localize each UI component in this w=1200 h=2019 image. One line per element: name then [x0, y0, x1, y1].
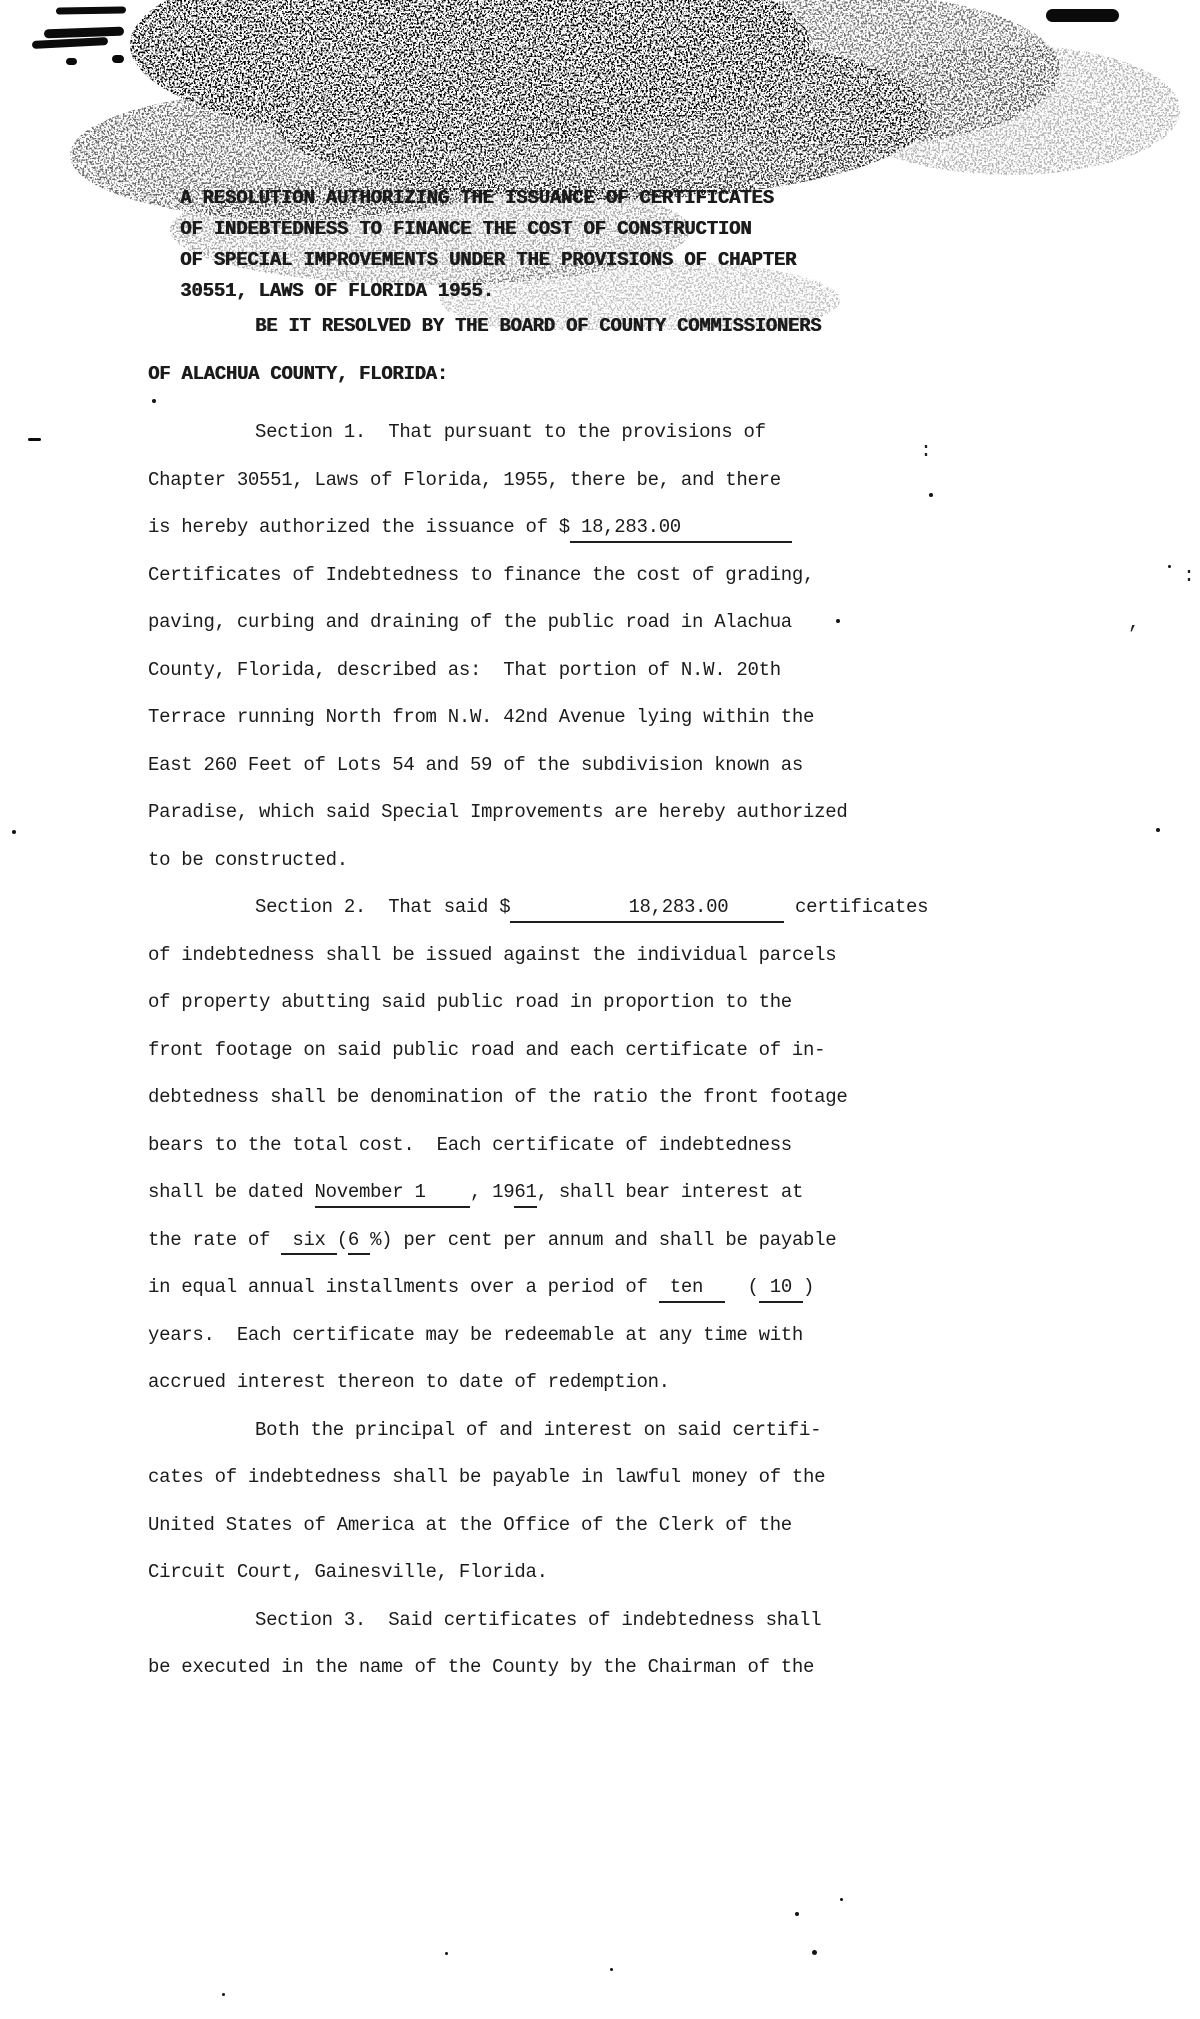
resolution-body: BE IT RESOLVED BY THE BOARD OF COUNTY CO…: [148, 303, 928, 1692]
ink-speck: [1168, 565, 1171, 568]
text-segment: , 19: [470, 1181, 514, 1203]
fill-in-blank: 18,283.00: [510, 897, 784, 923]
text-segment: County, Florida, described as: That port…: [148, 659, 781, 681]
text-line: of indebtedness shall be issued against …: [148, 932, 928, 980]
title-line: OF INDEBTEDNESS TO FINANCE THE COST OF C…: [180, 214, 796, 245]
text-segment: the rate of: [148, 1229, 281, 1251]
ink-speck: [28, 438, 41, 441]
text-segment: paving, curbing and draining of the publ…: [148, 611, 792, 633]
text-segment: of indebtedness shall be issued against …: [148, 944, 836, 966]
text-segment: (: [725, 1276, 758, 1298]
text-segment: Section 3. Said certificates of indebted…: [255, 1609, 821, 1631]
text-segment: Circuit Court, Gainesville, Florida.: [148, 1561, 548, 1583]
ink-speck: [445, 1952, 448, 1955]
text-segment: to be constructed.: [148, 849, 348, 871]
text-segment: is hereby authorized the issuance of $: [148, 516, 570, 538]
fill-in-blank: ten: [659, 1277, 726, 1303]
text-line: Section 1. That pursuant to the provisio…: [148, 409, 928, 457]
text-segment: (: [337, 1229, 348, 1251]
text-line: County, Florida, described as: That port…: [148, 647, 928, 695]
text-segment: years. Each certificate may be redeemabl…: [148, 1324, 803, 1346]
ink-speck: [840, 1898, 843, 1901]
text-line: Certificates of Indebtedness to finance …: [148, 552, 928, 600]
text-line: Paradise, which said Special Improvement…: [148, 789, 928, 837]
text-segment: Section 1. That pursuant to the provisio…: [255, 421, 766, 443]
text-line: years. Each certificate may be redeemabl…: [148, 1312, 928, 1360]
ink-speck: :: [1183, 565, 1195, 588]
text-segment: , shall bear interest at: [537, 1181, 803, 1203]
text-line: of property abutting said public road in…: [148, 979, 928, 1027]
ink-speck: [1156, 828, 1160, 832]
text-segment: in equal annual installments over a peri…: [148, 1276, 659, 1298]
text-line: Both the principal of and interest on sa…: [148, 1407, 928, 1455]
text-line: Chapter 30551, Laws of Florida, 1955, th…: [148, 457, 928, 505]
text-line: OF ALACHUA COUNTY, FLORIDA:: [148, 351, 928, 399]
text-segment: be executed in the name of the County by…: [148, 1656, 814, 1678]
fill-in-blank: six: [281, 1230, 337, 1256]
pen-mark: [66, 58, 77, 65]
resolution-title: A RESOLUTION AUTHORIZING THE ISSUANCE OF…: [180, 183, 796, 307]
text-line: shall be dated November 1 , 1961, shall …: [148, 1169, 928, 1217]
text-segment: bears to the total cost. Each certificat…: [148, 1134, 792, 1156]
text-line: East 260 Feet of Lots 54 and 59 of the s…: [148, 742, 928, 790]
text-segment: accrued interest thereon to date of rede…: [148, 1371, 670, 1393]
text-segment: shall be dated: [148, 1181, 315, 1203]
fill-in-blank: November 1: [315, 1182, 470, 1208]
text-line: Section 3. Said certificates of indebted…: [148, 1597, 928, 1645]
text-segment: ): [803, 1276, 814, 1298]
text-segment: Certificates of Indebtedness to finance …: [148, 564, 814, 586]
text-segment: %) per cent per annum and shall be payab…: [370, 1229, 836, 1251]
text-line: BE IT RESOLVED BY THE BOARD OF COUNTY CO…: [148, 303, 928, 351]
pen-mark: [112, 55, 124, 63]
text-segment: certificates: [784, 896, 928, 918]
text-line: bears to the total cost. Each certificat…: [148, 1122, 928, 1170]
title-line: A RESOLUTION AUTHORIZING THE ISSUANCE OF…: [180, 183, 796, 214]
fill-in-blank: 18,283.00: [570, 517, 792, 543]
text-segment: BE IT RESOLVED BY THE BOARD OF COUNTY CO…: [255, 315, 821, 337]
ink-speck: [12, 830, 16, 834]
ink-speck: :: [920, 440, 932, 463]
text-line: cates of indebtedness shall be payable i…: [148, 1454, 928, 1502]
fill-in-blank: 6: [348, 1230, 370, 1256]
title-line: OF SPECIAL IMPROVEMENTS UNDER THE PROVIS…: [180, 245, 796, 276]
text-line: Terrace running North from N.W. 42nd Ave…: [148, 694, 928, 742]
ink-speck: [222, 1993, 225, 1996]
text-segment: Terrace running North from N.W. 42nd Ave…: [148, 706, 814, 728]
text-segment: Chapter 30551, Laws of Florida, 1955, th…: [148, 469, 781, 491]
text-segment: East 260 Feet of Lots 54 and 59 of the s…: [148, 754, 803, 776]
text-line: paving, curbing and draining of the publ…: [148, 599, 928, 647]
text-segment: United States of America at the Office o…: [148, 1514, 792, 1536]
text-line: Section 2. That said $ 18,283.00 certifi…: [148, 884, 928, 932]
text-line: United States of America at the Office o…: [148, 1502, 928, 1550]
text-segment: of property abutting said public road in…: [148, 991, 792, 1013]
ink-speck: [152, 399, 156, 403]
text-line: to be constructed.: [148, 837, 928, 885]
text-line: Circuit Court, Gainesville, Florida.: [148, 1549, 928, 1597]
fill-in-blank: 61: [514, 1182, 536, 1208]
text-line: in equal annual installments over a peri…: [148, 1264, 928, 1312]
scanned-document-page: : : , A RESOLUTION AUTHORIZING THE ISSUA…: [0, 0, 1200, 2019]
text-line: front footage on said public road and ea…: [148, 1027, 928, 1075]
text-segment: debtedness shall be denomination of the …: [148, 1086, 847, 1108]
ink-speck: [929, 493, 933, 497]
text-segment: Both the principal of and interest on sa…: [255, 1419, 821, 1441]
text-segment: Section 2. That said $: [255, 896, 510, 918]
pen-mark: [32, 37, 108, 49]
text-line: be executed in the name of the County by…: [148, 1644, 928, 1692]
ink-speck: [836, 619, 840, 623]
pen-mark: [1046, 9, 1119, 22]
text-segment: front footage on said public road and ea…: [148, 1039, 825, 1061]
pen-mark: [56, 6, 126, 14]
ink-speck: [795, 1912, 799, 1916]
text-line: is hereby authorized the issuance of $ 1…: [148, 504, 928, 552]
text-line: accrued interest thereon to date of rede…: [148, 1359, 928, 1407]
text-line: debtedness shall be denomination of the …: [148, 1074, 928, 1122]
fill-in-blank: 10: [759, 1277, 803, 1303]
ink-speck: [610, 1968, 613, 1971]
ink-speck: [812, 1950, 817, 1955]
text-segment: Paradise, which said Special Improvement…: [148, 801, 847, 823]
ink-speck: ,: [1128, 612, 1140, 635]
pen-mark: [44, 27, 124, 39]
text-segment: cates of indebtedness shall be payable i…: [148, 1466, 825, 1488]
text-segment: OF ALACHUA COUNTY, FLORIDA:: [148, 363, 448, 385]
text-line: the rate of six (6 %) per cent per annum…: [148, 1217, 928, 1265]
